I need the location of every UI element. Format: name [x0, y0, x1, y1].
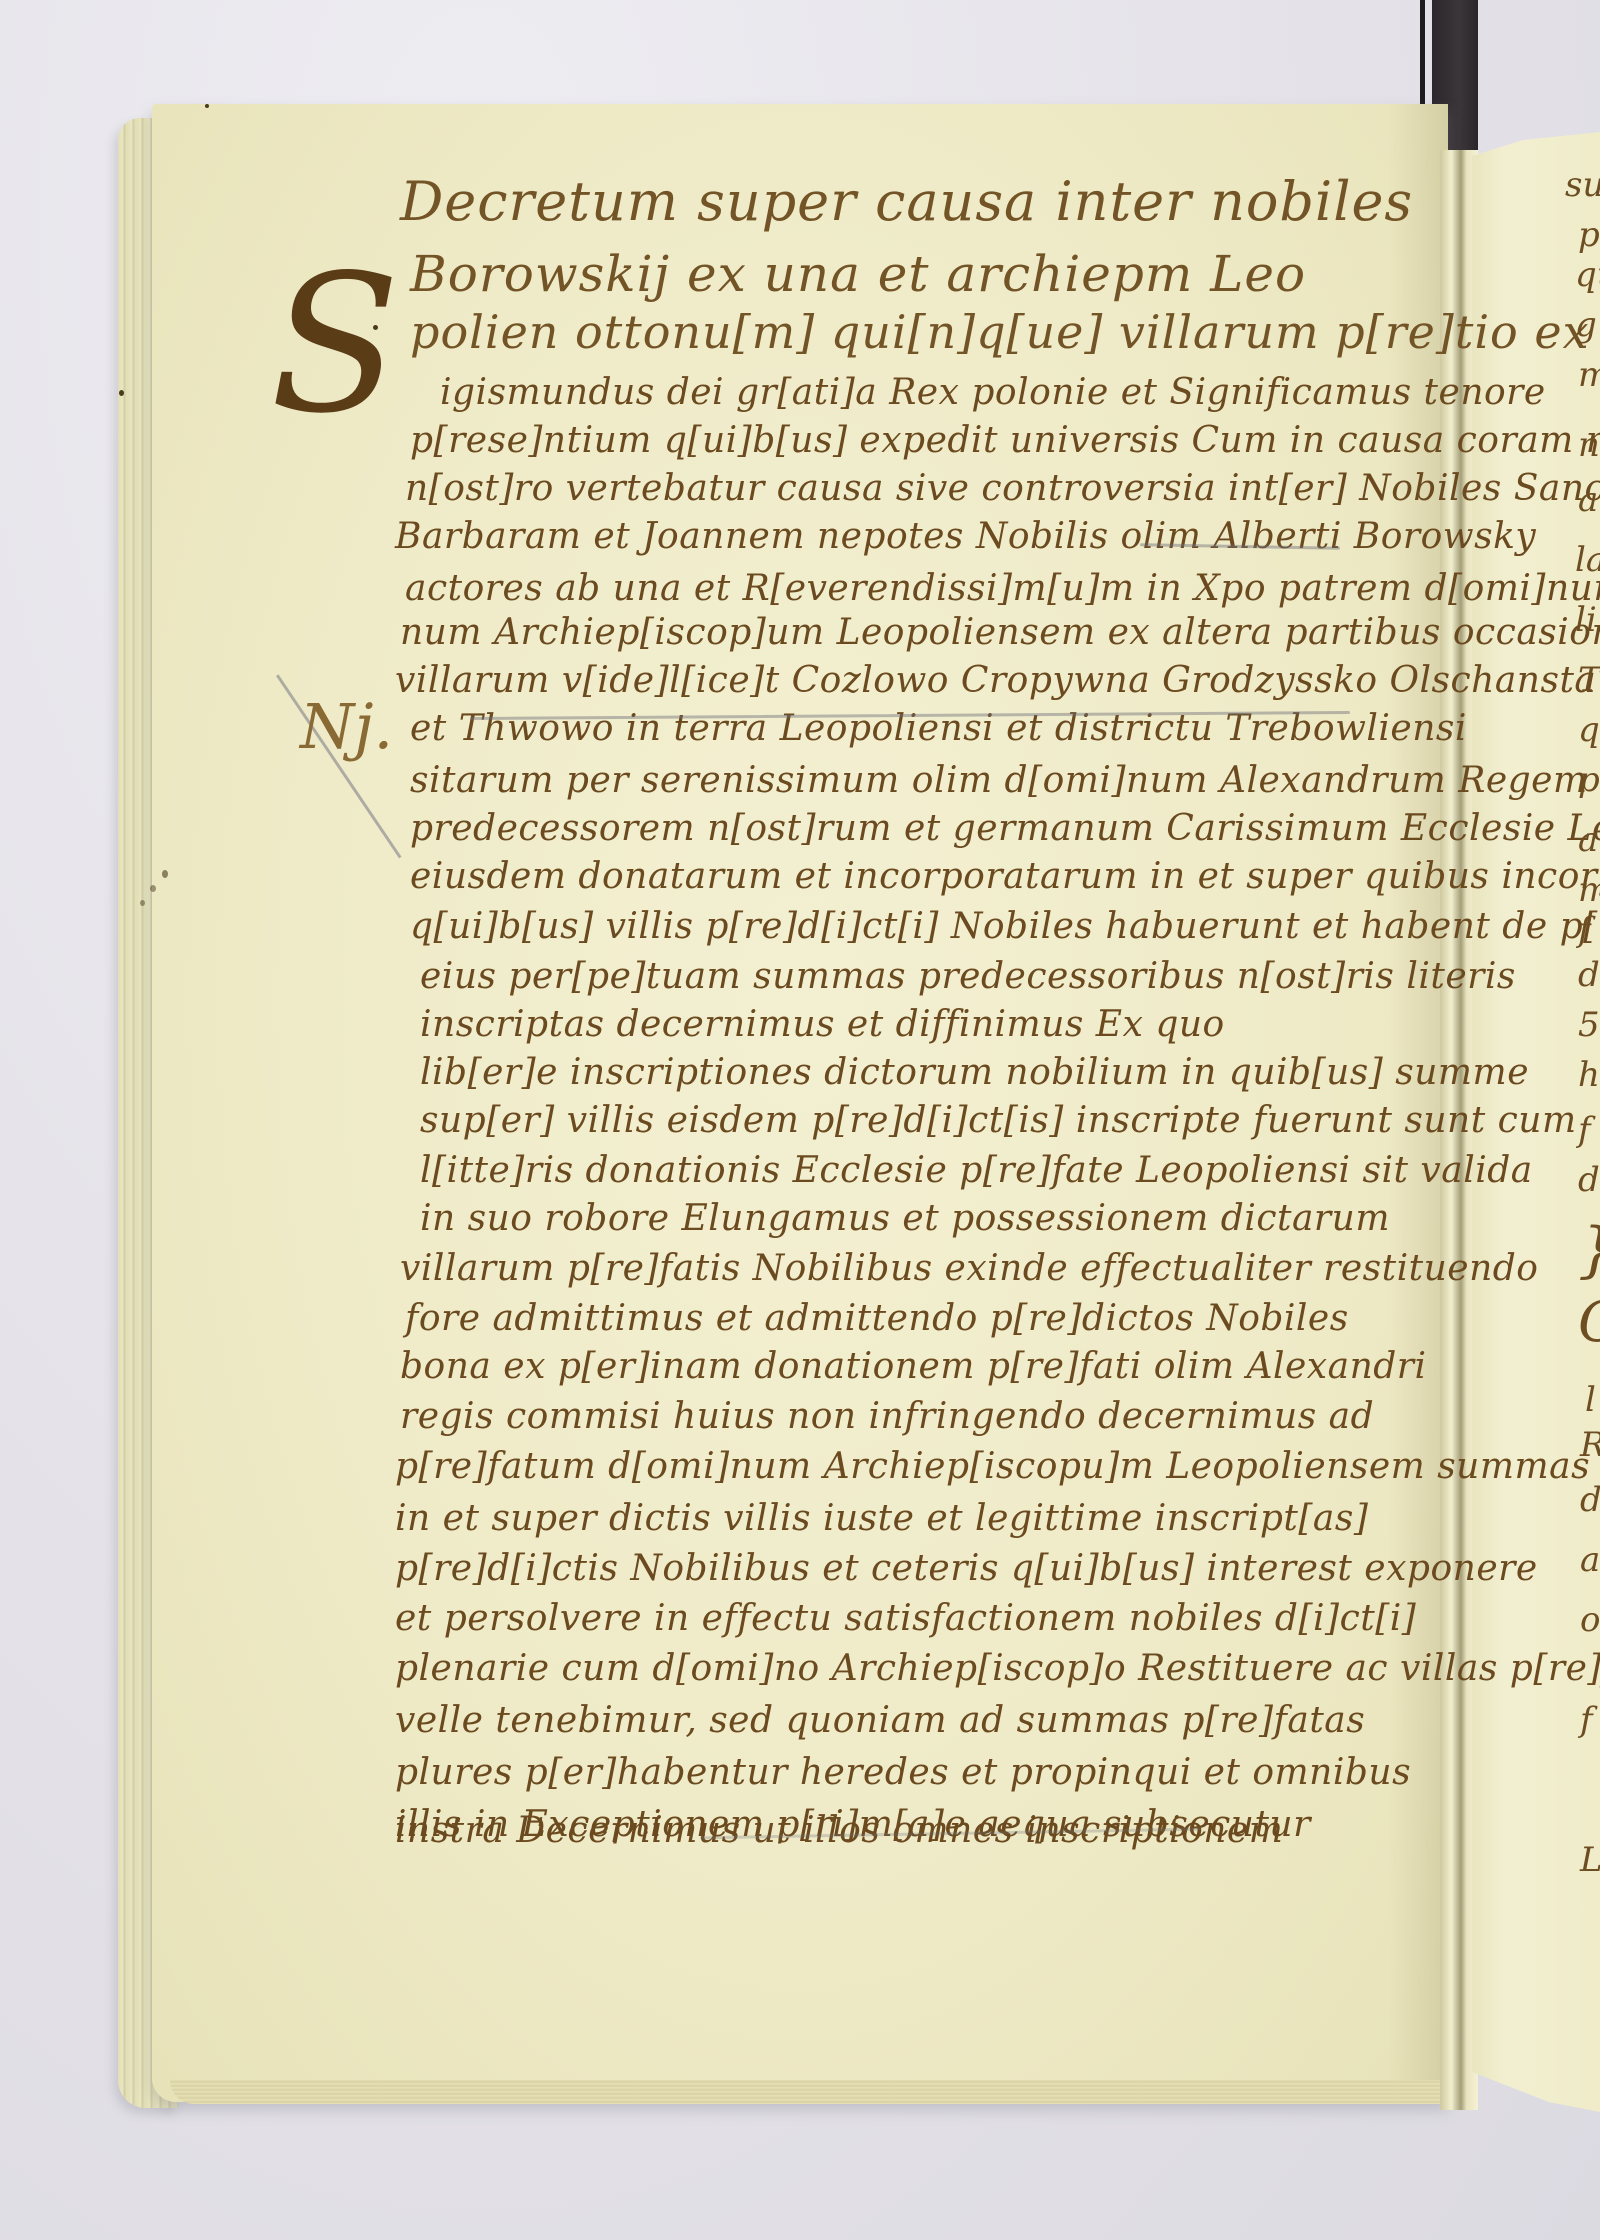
body-line-15: lib[er]e inscriptiones dictorum nobilium… [420, 1052, 1529, 1093]
body-line-2: p[rese]ntium q[ui]b[us] expedit universi… [410, 420, 1600, 461]
facing-glyph: a [1578, 480, 1598, 520]
body-line-9: sitarum per serenissimum olim d[omi]num … [410, 760, 1600, 801]
facing-glyph: li [1575, 600, 1597, 640]
body-line-11: eiusdem donatarum et incorporatarum in e… [410, 856, 1600, 897]
facing-glyph: m [1578, 355, 1600, 395]
body-line-16: sup[er] villis eisdem p[re]d[i]ct[is] in… [420, 1100, 1577, 1141]
facing-glyph: C [1578, 1290, 1600, 1355]
body-line-29: plures p[er]habentur heredes et propinqu… [395, 1752, 1411, 1793]
body-line-20: fore admittimus et admittendo p[re]dicto… [405, 1298, 1349, 1339]
body-line-25: p[re]d[i]ctis Nobilibus et ceteris q[ui]… [395, 1548, 1538, 1589]
body-line-26: et persolvere in effectu satisfactionem … [395, 1598, 1416, 1639]
body-line-5: actores ab una et R[everendissi]m[u]m in… [405, 568, 1600, 609]
facing-glyph: l [1585, 1380, 1596, 1420]
facing-glyph: T [1578, 660, 1600, 700]
facing-glyph: } [1578, 1215, 1600, 1285]
heading-line-3: polien ottonu[m] qui[n]q[ue] villarum p[… [410, 305, 1600, 359]
body-line-18: in suo robore Elungamus et possessionem … [420, 1198, 1390, 1239]
facing-glyph: n [1578, 425, 1600, 465]
body-line-7: villarum v[ide]l[ice]t Cozlowo Cropywna … [395, 660, 1596, 701]
body-line-17: l[itte]ris donationis Ecclesie p[re]fate… [420, 1150, 1533, 1191]
facing-glyph: g [1575, 305, 1597, 345]
facing-glyph: f [1580, 1700, 1593, 1740]
ink-spot [140, 900, 145, 906]
decorated-initial: S [270, 250, 350, 440]
ink-spot [373, 325, 378, 330]
facing-glyph: q [1578, 710, 1600, 750]
facing-glyph: a [1580, 1540, 1600, 1580]
ink-spot [150, 885, 156, 892]
heading-line-1: Decretum super causa inter nobiles [400, 170, 1413, 233]
facing-glyph: d [1578, 1160, 1600, 1200]
facing-glyph: d [1580, 1480, 1600, 1520]
heading-line-2: Borowskij ex una et archiepm Leo [410, 245, 1306, 303]
body-line-12: q[ui]b[us] villis p[re]d[i]ct[i] Nobiles… [410, 906, 1600, 947]
body-line-21: bona ex p[er]inam donationem p[re]fati o… [400, 1346, 1427, 1387]
facing-glyph: sup [1565, 165, 1600, 205]
body-line-3: n[ost]ro vertebatur causa sive controver… [405, 468, 1600, 509]
body-line-14: inscriptas decernimus et diffinimus Ex q… [420, 1004, 1225, 1045]
body-line-24: in et super dictis villis iuste et legit… [395, 1498, 1368, 1539]
margin-note: Nj. [300, 690, 393, 763]
body-line-1: igismundus dei gr[ati]a Rex polonie et S… [440, 372, 1546, 413]
facing-glyph: qui [1575, 255, 1600, 295]
facing-glyph: f [1578, 910, 1591, 950]
ink-spot [205, 104, 209, 108]
body-line-10: predecessorem n[ost]rum et germanum Cari… [410, 808, 1600, 849]
facing-glyph: 5 [1578, 1005, 1600, 1045]
facing-glyph: m [1578, 870, 1600, 910]
body-line-23: p[re]fatum d[omi]num Archiep[iscopu]m Le… [395, 1446, 1600, 1487]
facing-glyph: L [1580, 1840, 1600, 1880]
facing-glyph: p [1578, 215, 1600, 255]
body-line-22: regis commisi huius non infringendo dece… [400, 1396, 1374, 1437]
facing-glyph: a [1578, 820, 1598, 860]
body-line-28: velle tenebimur, sed quoniam ad summas p… [395, 1700, 1365, 1741]
ink-spot [162, 870, 168, 878]
body-line-13: eius per[pe]tuam summas predecessoribus … [420, 956, 1516, 997]
facing-glyph: p [1578, 760, 1600, 800]
facing-glyph: R [1580, 1425, 1600, 1465]
body-line-27: plenarie cum d[omi]no Archiep[iscop]o Re… [395, 1648, 1600, 1689]
bottom-page-edges [170, 2080, 1440, 2104]
facing-glyph: f [1578, 1110, 1591, 1150]
facing-glyph: h [1578, 1055, 1600, 1095]
facing-glyph: la [1575, 540, 1600, 580]
facing-glyph: d [1578, 955, 1600, 995]
body-line-4: Barbaram et Joannem nepotes Nobilis olim… [395, 516, 1536, 557]
body-line-19: villarum p[re]fatis Nobilibus exinde eff… [400, 1248, 1538, 1289]
ink-spot [119, 390, 124, 396]
facing-glyph: o [1580, 1600, 1600, 1640]
body-line-6: num Archiep[iscop]um Leopoliensem ex alt… [400, 612, 1600, 653]
